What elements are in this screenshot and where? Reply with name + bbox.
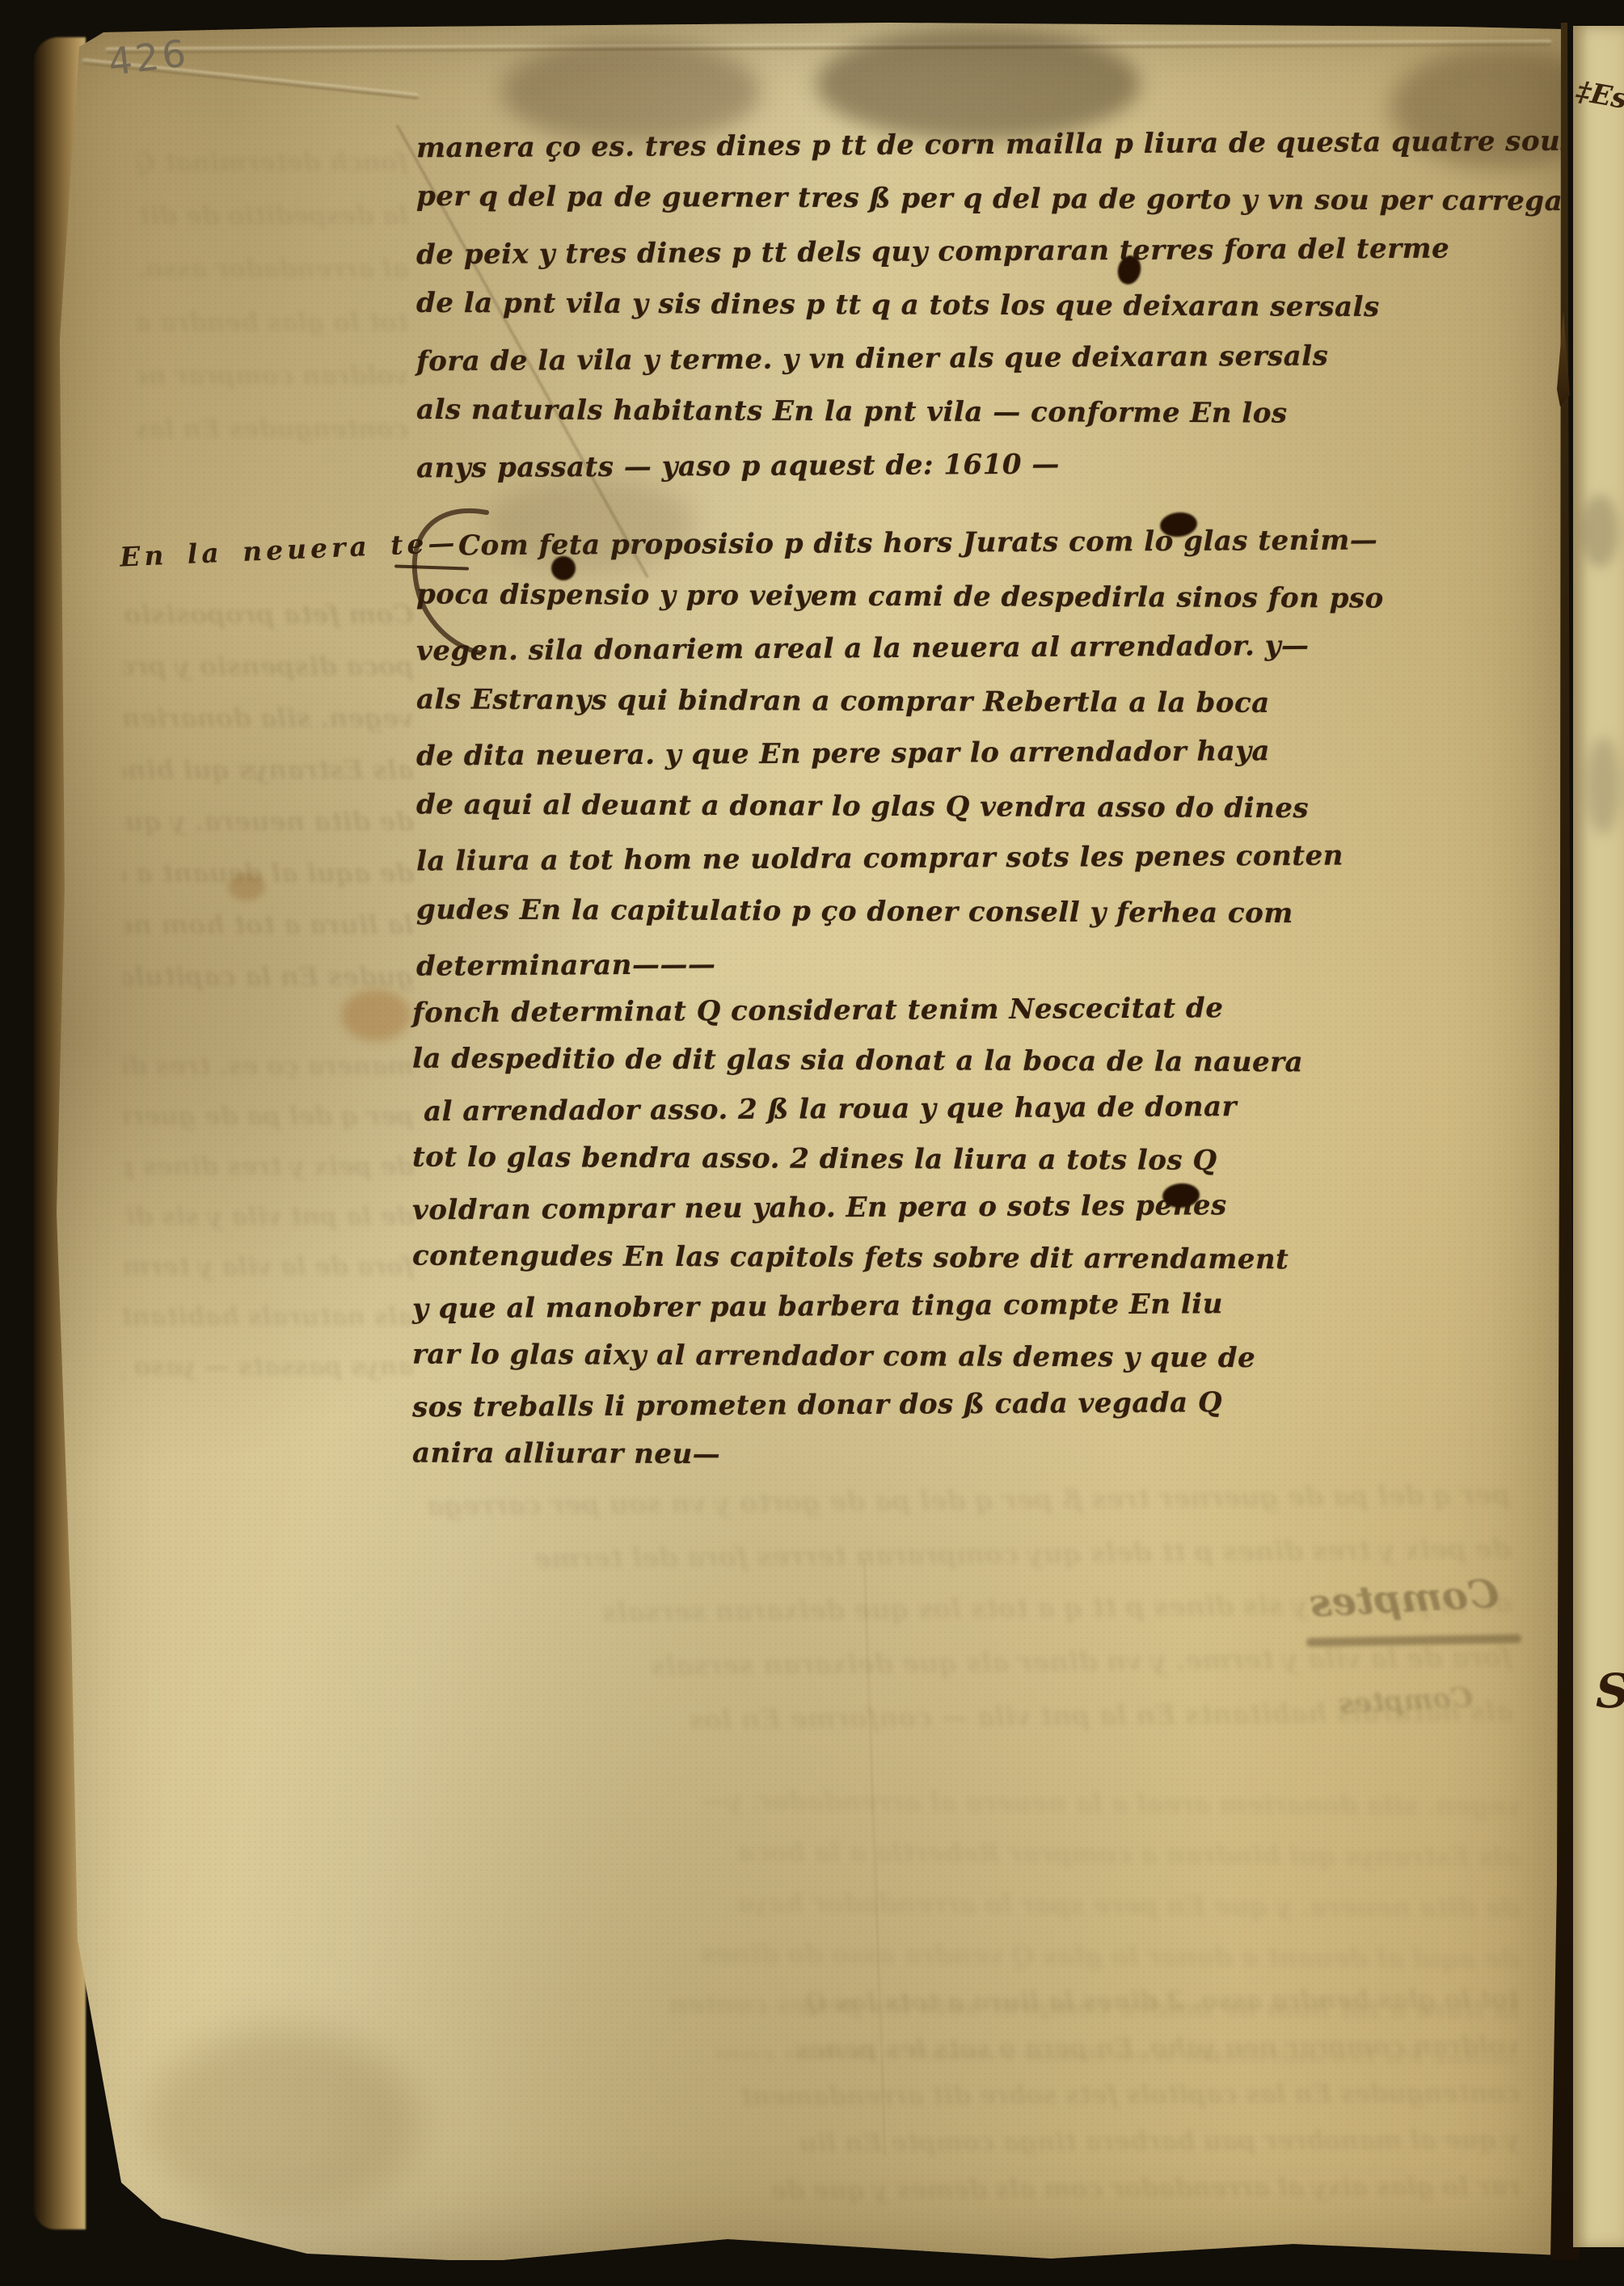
manuscript-line: gudes En la capitulatio p ço doner conse… bbox=[416, 884, 1384, 940]
manuscript-line: y que al manobrer pau barbera tinga comp… bbox=[412, 1280, 1304, 1335]
manuscript-line: fonch determinat Q considerat tenim Nesc… bbox=[412, 984, 1304, 1039]
manuscript-line: rar lo glas aixy al arrendador com als d… bbox=[412, 1331, 1303, 1384]
manuscript-line: de aqui al deuant a donar lo glas Q vend… bbox=[416, 778, 1384, 835]
manuscript-page: fonch determinat Q considerat tenim Nesc… bbox=[49, 23, 1562, 2260]
manuscript-line: la liura a tot hom ne uoldra comprar sot… bbox=[416, 829, 1384, 888]
bleed-through-word: Comptes bbox=[1338, 1681, 1474, 1721]
manuscript-line: sos treballs li prometen donar dos ß cad… bbox=[412, 1378, 1304, 1433]
rust-stain bbox=[228, 873, 265, 900]
paragraph-3: fonch determinat Q considerat tenim Nesc… bbox=[412, 986, 1303, 1479]
stain bbox=[1581, 495, 1618, 567]
manuscript-line: contengudes En las capitols fets sobre d… bbox=[412, 1232, 1303, 1285]
manuscript-line: de dita neuera. y que En pere spar lo ar… bbox=[416, 724, 1384, 782]
paper-crease bbox=[863, 1558, 886, 2157]
stain bbox=[1586, 737, 1620, 834]
bleed-through-block: manera ço es. tres dines p tt de corn ma… bbox=[123, 1041, 414, 1421]
next-page-sliver: ‡Es S bbox=[1573, 26, 1624, 2247]
manuscript-line: de peix y tres dines p tt dels quy compr… bbox=[416, 221, 1576, 282]
stain bbox=[146, 2027, 420, 2221]
bleed-through-block: per q del pa de guerner tres ß per q del… bbox=[289, 1467, 1512, 1747]
paragraph-2: Com feta proposisio p dits hors Jurats c… bbox=[416, 517, 1384, 990]
bleed-through-block: fonch determinat Q considerat tenim Nesc… bbox=[137, 136, 408, 500]
manuscript-line: anira alliurar neu— bbox=[412, 1429, 1303, 1483]
manuscript-line: tot lo glas bendra asso. 2 dines la liur… bbox=[412, 1133, 1303, 1187]
ink-smear bbox=[1306, 1634, 1521, 1647]
paragraph-1: manera ço es. tres dines p tt de corn ma… bbox=[416, 118, 1576, 491]
manuscript-line: manera ço es. tres dines p tt de corn ma… bbox=[416, 115, 1576, 175]
manuscript-line: anys passats — yaso p aquest de: 1610 — bbox=[416, 435, 1576, 496]
manuscript-line: als Estranys qui bindran a comprar Reber… bbox=[416, 673, 1384, 730]
ink-blot bbox=[551, 556, 576, 580]
manuscript-line: per q del pa de guerner tres ß per q del… bbox=[416, 170, 1576, 228]
folio-number: 426 bbox=[106, 31, 192, 84]
manuscript-line: fora de la vila y terme. y vn diner als … bbox=[416, 328, 1576, 389]
manuscript-line: la despeditio de dit glas sia donat a la… bbox=[412, 1035, 1303, 1088]
rust-stain bbox=[341, 989, 411, 1041]
next-page-ink-mark: ‡Es bbox=[1574, 75, 1624, 116]
manuscript-line: als naturals habitants En la pnt vila — … bbox=[416, 383, 1576, 441]
bleed-through-block: tot lo glas bendra asso. 2 dines la liur… bbox=[290, 1976, 1521, 2225]
bleed-through-word: Comptes bbox=[1309, 1571, 1500, 1626]
manuscript-scan: fonch determinat Q considerat tenim Nesc… bbox=[0, 0, 1624, 2286]
manuscript-line: vegen. sila donariem areal a la neuera a… bbox=[416, 619, 1384, 677]
bleed-through-block: Com feta proposisio p dits hors Jurats c… bbox=[123, 588, 414, 1025]
bleed-through-block: vegen. sila donariem areal a la neuera a… bbox=[258, 1773, 1521, 2065]
under-sheet-edge bbox=[105, 40, 1552, 53]
manuscript-line: de la pnt vila y sis dines p tt q a tots… bbox=[416, 276, 1576, 335]
next-page-ink-mark: S bbox=[1596, 1664, 1624, 1719]
manuscript-line: al arrendador asso. 2 ß la roua y que ha… bbox=[412, 1082, 1304, 1137]
